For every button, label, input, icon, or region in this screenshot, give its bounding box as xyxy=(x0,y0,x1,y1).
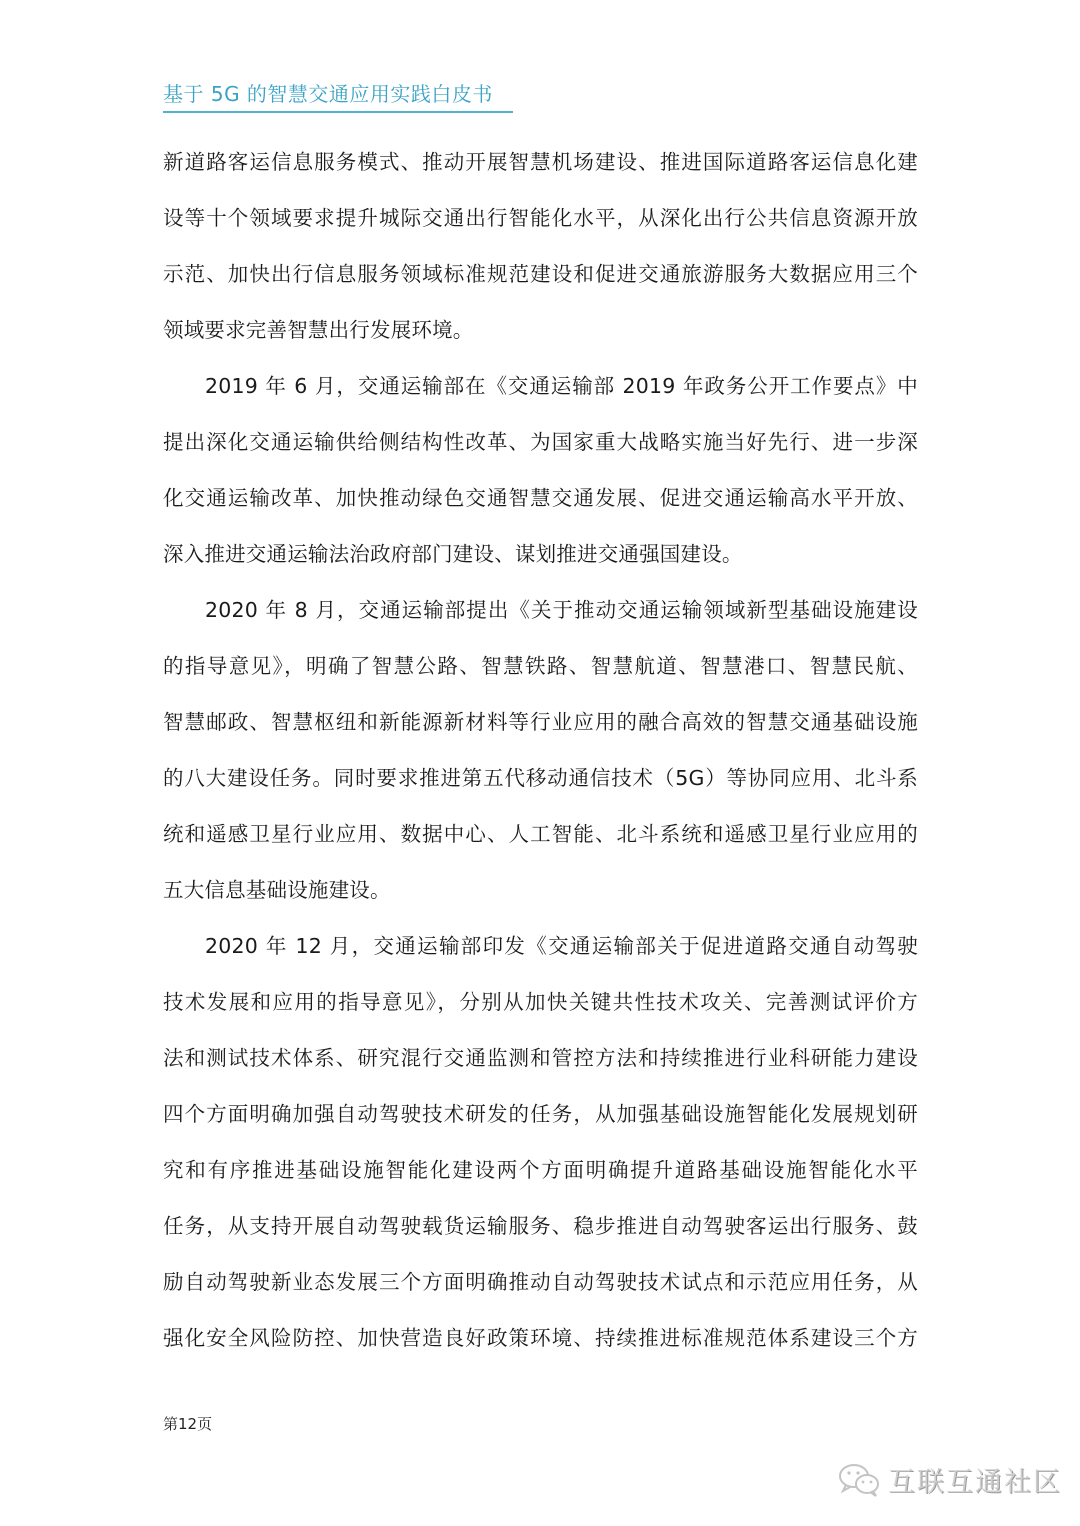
text-line: 设等十个领域要求提升城际交通出行智能化水平，从深化出行公共信息资源开放 xyxy=(163,190,918,246)
text-line: 新道路客运信息服务模式、推动开展智慧机场建设、推进国际道路客运信息化建 xyxy=(163,134,918,190)
text-line: 统和遥感卫星行业应用、数据中心、人工智能、北斗系统和遥感卫星行业应用的 xyxy=(163,806,918,862)
text-line: 深入推进交通运输法治政府部门建设、谋划推进交通强国建设。 xyxy=(163,526,918,582)
document-title: 基于 5G 的智慧交通应用实践白皮书 xyxy=(163,82,493,106)
text-line: 提出深化交通运输供给侧结构性改革、为国家重大战略实施当好先行、进一步深 xyxy=(163,414,918,470)
watermark: 互联互通社区 xyxy=(838,1460,1062,1499)
text-line: 五大信息基础设施建设。 xyxy=(163,862,918,918)
text-line: 励自动驾驶新业态发展三个方面明确推动自动驾驶技术试点和示范应用任务，从 xyxy=(163,1254,918,1310)
text-line: 2020 年 8 月，交通运输部提出《关于推动交通运输领域新型基础设施建设 xyxy=(163,582,918,638)
text-line: 的指导意见》，明确了智慧公路、智慧铁路、智慧航道、智慧港口、智慧民航、 xyxy=(163,638,918,694)
text-line: 领域要求完善智慧出行发展环境。 xyxy=(163,302,918,358)
text-line: 示范、加快出行信息服务领域标准规范建设和促进交通旅游服务大数据应用三个 xyxy=(163,246,918,302)
text-line: 法和测试技术体系、研究混行交通监测和管控方法和持续推进行业科研能力建设 xyxy=(163,1030,918,1086)
page-number: 第12页 xyxy=(163,1413,212,1434)
text-line: 智慧邮政、智慧枢纽和新能源新材料等行业应用的融合高效的智慧交通基础设施 xyxy=(163,694,918,750)
text-line: 四个方面明确加强自动驾驶技术研发的任务，从加强基础设施智能化发展规划研 xyxy=(163,1086,918,1142)
text-line: 究和有序推进基础设施智能化建设两个方面明确提升道路基础设施智能化水平 xyxy=(163,1142,918,1198)
paragraph: 2019 年 6 月，交通运输部在《交通运输部 2019 年政务公开工作要点》中… xyxy=(163,358,918,582)
text-line: 任务，从支持开展自动驾驶载货运输服务、稳步推进自动驾驶客运出行服务、鼓 xyxy=(163,1198,918,1254)
text-line: 强化安全风险防控、加快营造良好政策环境、持续推进标准规范体系建设三个方 xyxy=(163,1310,918,1366)
watermark-text: 互联互通社区 xyxy=(888,1460,1062,1499)
text-line: 2020 年 12 月，交通运输部印发《交通运输部关于促进道路交通自动驾驶 xyxy=(163,918,918,974)
text-line: 化交通运输改革、加快推动绿色交通智慧交通发展、促进交通运输高水平开放、 xyxy=(163,470,918,526)
text-line: 2019 年 6 月，交通运输部在《交通运输部 2019 年政务公开工作要点》中 xyxy=(163,358,918,414)
text-line: 的八大建设任务。同时要求推进第五代移动通信技术（5G）等协同应用、北斗系 xyxy=(163,750,918,806)
text-line: 技术发展和应用的指导意见》，分别从加快关键共性技术攻关、完善测试评价方 xyxy=(163,974,918,1030)
paragraph: 2020 年 8 月，交通运输部提出《关于推动交通运输领域新型基础设施建设 的指… xyxy=(163,582,918,918)
document-header: 基于 5G 的智慧交通应用实践白皮书 xyxy=(163,78,513,113)
document-body: 新道路客运信息服务模式、推动开展智慧机场建设、推进国际道路客运信息化建 设等十个… xyxy=(163,134,918,1366)
wechat-icon xyxy=(838,1462,882,1498)
paragraph: 新道路客运信息服务模式、推动开展智慧机场建设、推进国际道路客运信息化建 设等十个… xyxy=(163,134,918,358)
paragraph: 2020 年 12 月，交通运输部印发《交通运输部关于促进道路交通自动驾驶 技术… xyxy=(163,918,918,1366)
